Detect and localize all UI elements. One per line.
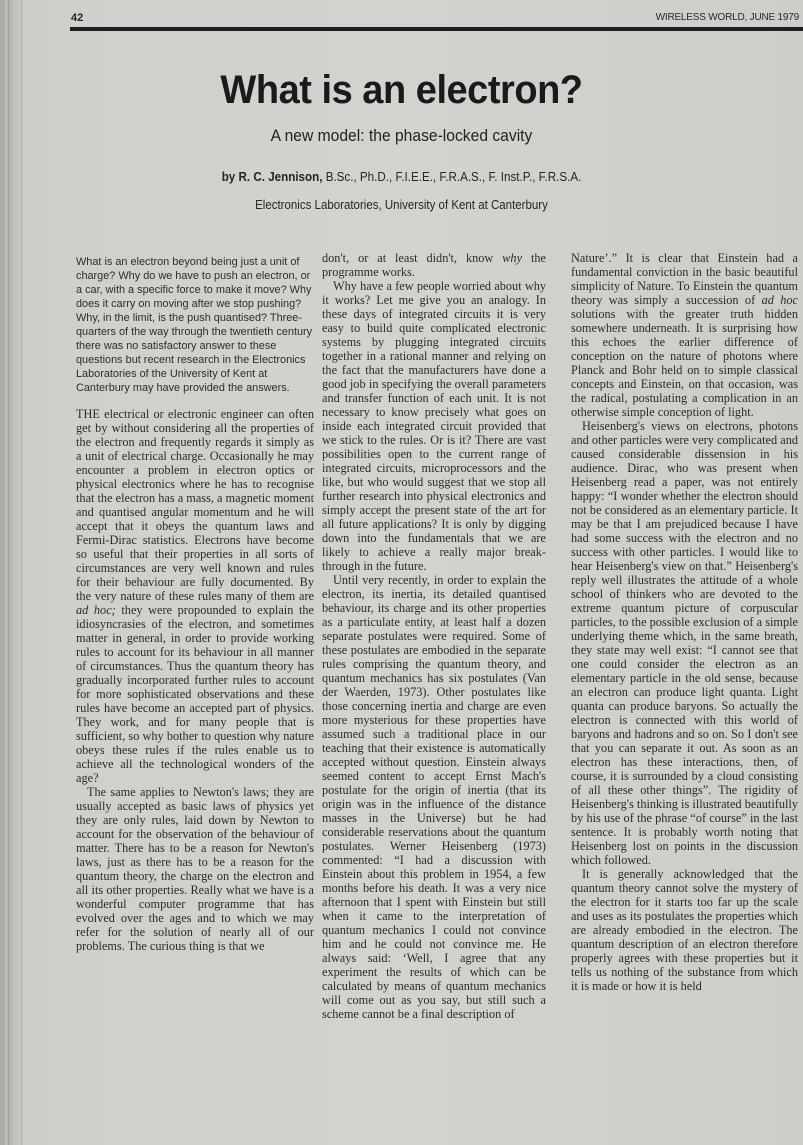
article-title: What is an electron? (20, 68, 783, 113)
paragraph: Heisenberg's views on electrons, photons… (571, 419, 798, 867)
byline: by R. C. Jennison, B.Sc., Ph.D., F.I.E.E… (28, 170, 775, 184)
paragraph: The same applies to Newton's laws; they … (76, 785, 314, 953)
scanned-page: 42 WIRELESS WORLD, JUNE 1979 What is an … (0, 0, 803, 1145)
author-credentials: B.Sc., Ph.D., F.I.E.E., F.R.A.S., F. Ins… (322, 170, 581, 184)
column-2: don't, or at least didn't, know why the … (322, 251, 546, 1021)
paragraph: Why have a few people worried about why … (322, 279, 546, 573)
article-subtitle: A new model: the phase-locked cavity (32, 126, 771, 146)
binding-shadow (3, 0, 4, 1145)
paragraph: THE electrical or electronic engineer ca… (76, 407, 314, 785)
header-rule (70, 27, 803, 31)
running-head: WIRELESS WORLD, JUNE 1979 (656, 12, 799, 23)
byline-prefix: by (222, 170, 239, 184)
paragraph: Until very recently, in order to explain… (322, 573, 546, 1021)
page-number: 42 (71, 12, 83, 24)
paragraph: don't, or at least didn't, know why the … (322, 251, 546, 279)
paragraph: Nature’.” It is clear that Einstein had … (571, 251, 798, 419)
binding-shadow (21, 0, 22, 1145)
binding-shadow (8, 0, 9, 1145)
author-name: R. C. Jennison, (238, 170, 322, 184)
column-3: Nature’.” It is clear that Einstein had … (571, 251, 798, 993)
standfirst: What is an electron beyond being just a … (76, 255, 314, 395)
affiliation: Electronics Laboratories, University of … (32, 198, 771, 212)
column-1: What is an electron beyond being just a … (76, 252, 314, 953)
column-1-body: THE electrical or electronic engineer ca… (76, 407, 314, 953)
paragraph: It is generally acknowledged that the qu… (571, 867, 798, 993)
